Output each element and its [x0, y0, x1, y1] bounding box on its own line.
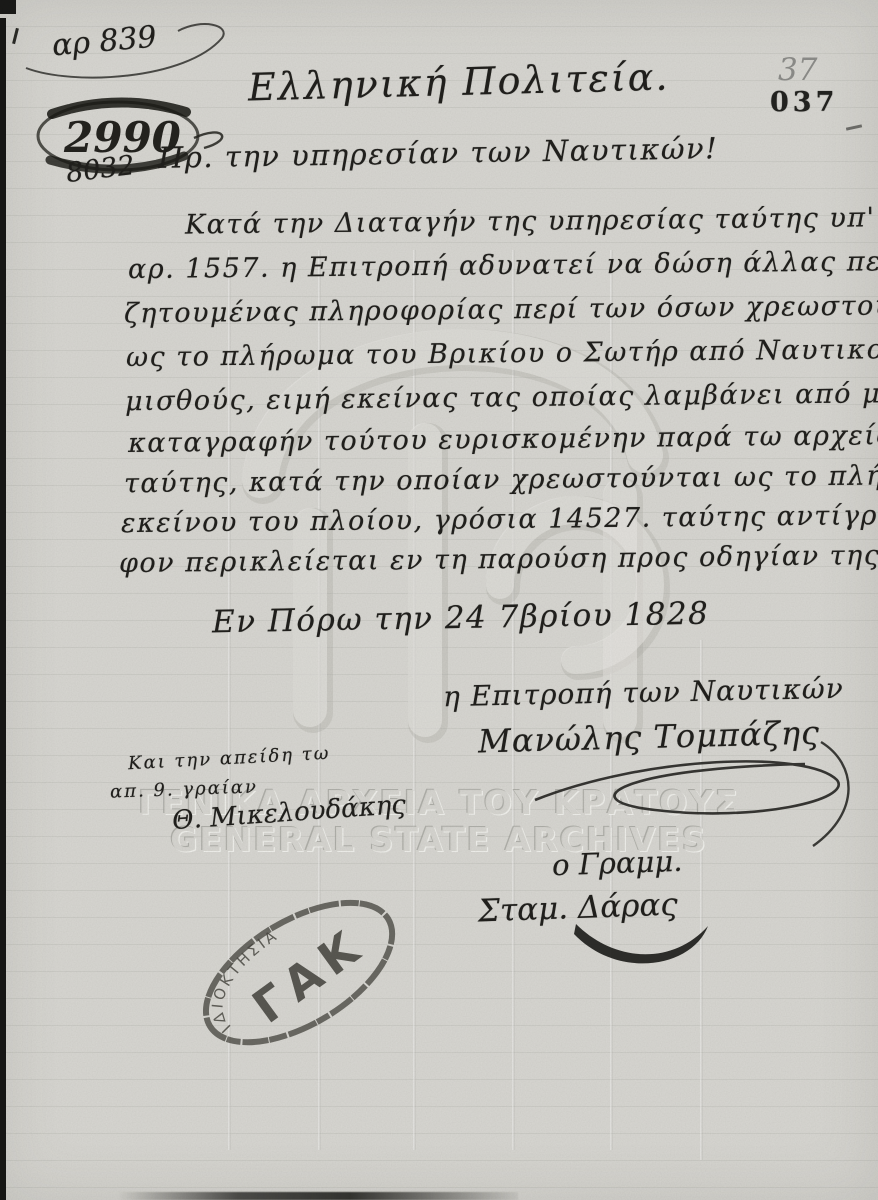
folio-number-stamped: 037 [770, 87, 838, 118]
folio-number-pencil: 37 [778, 52, 817, 88]
signature-secretary-title: ο Γραμμ. [551, 844, 682, 883]
scanned-document-page: ΓΕΝΙΚΑ ΑΡΧΕΙΑ ΤΟΥ ΚΡΑΤΟΥΣ GENERAL STATE … [0, 0, 878, 1200]
manuscript-line: Κατά την Διαταγήν της υπηρεσίας ταύτης υ… [185, 202, 876, 240]
document-title: Ελληνική Πολιτεία. [247, 54, 670, 109]
gak-property-stamp: ΙΔΙΟΚΤΗΣΙΑ ΓΑΚ [172, 863, 429, 1085]
margin-note-line1: Και την απείδη τω [128, 743, 331, 775]
pencil-dash-mark [846, 124, 862, 130]
secretary-flourish [568, 918, 718, 978]
scan-edge-left [0, 18, 6, 1200]
signature-flourish [505, 738, 865, 853]
manuscript-line: αρ. 1557. η Επιτροπή αδυνατεί να δώση άλ… [128, 246, 878, 285]
registry-number-flourish [18, 16, 248, 88]
scan-edge-bottom-smudge [118, 1192, 518, 1200]
signature-committee: η Επιτροπή των Ναυτικών [443, 672, 844, 713]
scan-edge-corner [0, 0, 16, 14]
